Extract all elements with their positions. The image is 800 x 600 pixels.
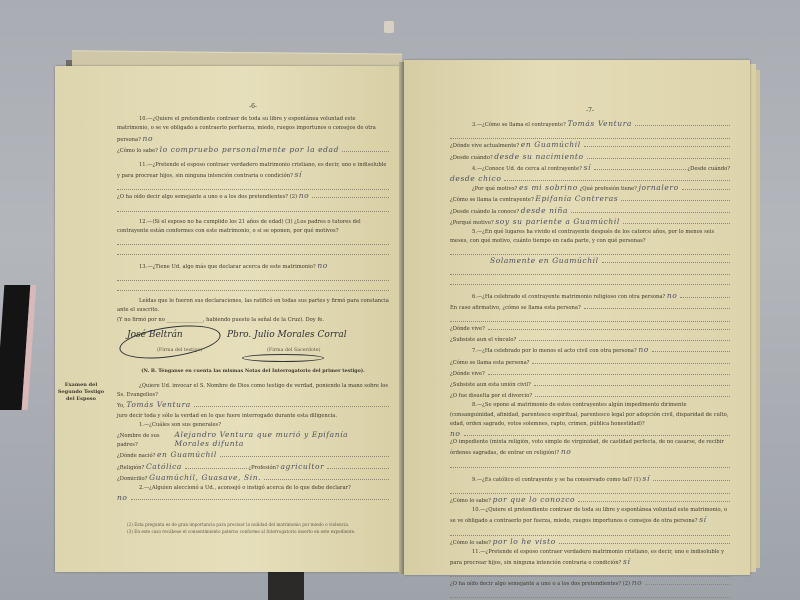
question-text: 6.—¿Ha celebrado el contrayente matrimon…	[472, 293, 665, 302]
question-text: 9.—¿Es católico el contrayente y se ha c…	[472, 476, 641, 485]
question-number: 10.	[139, 116, 147, 122]
answer-line	[450, 459, 730, 468]
handwritten-answer: no	[143, 134, 154, 143]
born-line: ¿Dónde nació? en Guamúchil	[117, 450, 389, 461]
handwritten-answer: Solamente en Guamúchil	[490, 256, 599, 265]
right-page-content: -7- 3.—¿Cómo se llama el contrayente? To…	[450, 106, 730, 599]
handwritten-answer: desde chico	[450, 174, 501, 183]
question-6: 6.—¿Ha celebrado el contrayente matrimon…	[450, 291, 730, 302]
binder-clip	[384, 21, 394, 33]
how-line: ¿Cómo lo sabe? por que lo conozco	[450, 495, 730, 506]
handwritten-answer: Guamúchil, Guasave, Sin.	[149, 473, 261, 482]
followup-label: ¿Cómo lo sabe?	[117, 147, 158, 156]
question-text: 11.—¿Pretende el esposo contraer verdade…	[450, 549, 724, 566]
answer-line	[450, 246, 730, 255]
handwritten-answer: es mi sobrino	[519, 183, 578, 192]
question-text: 2.—¿Alguien aleccionó a Ud., aconsejó o …	[139, 485, 351, 491]
knows-since-line: ¿Desde cuándo la conoce? desde niña	[450, 206, 730, 217]
field-line: ¿Cómo se llama esta persona?	[450, 357, 730, 368]
domicile-line: ¿Domicilio? Guamúchil, Guasave, Sin.	[117, 473, 389, 484]
handwritten-answer: desde niña	[521, 206, 568, 215]
handwritten-answer: sí	[623, 557, 630, 566]
answer-line	[117, 282, 389, 291]
field-label: En caso afirmativo, ¿cómo se llama esta …	[450, 304, 581, 313]
field-label: ¿Cómo lo sabe?	[450, 497, 491, 506]
question-text: ¿O impediente (mixta religión, voto simp…	[450, 439, 724, 456]
answer-line	[450, 589, 730, 598]
field-line: ¿Subsiste aun esta unión civil?	[450, 379, 730, 390]
field-label: ¿Dónde vive actualmente?	[450, 142, 519, 151]
handwritten-answer: sí	[584, 163, 591, 172]
page-number: -7-	[450, 106, 730, 115]
footnote: (3) En este caso recábese el consentimie…	[127, 529, 389, 536]
handwritten-answer: Epifanía Contreras	[535, 194, 618, 203]
field-label: ¿Cómo se llama esta persona?	[450, 359, 529, 368]
answer-line	[117, 246, 389, 255]
question-11: 11.—¿Pretende el esposo contraer verdade…	[117, 161, 389, 181]
question-9: 9.—¿Es católico el contrayente y se ha c…	[450, 474, 730, 485]
handwritten-answer: sí	[699, 515, 706, 524]
handwritten-answer: por lo he visto	[493, 537, 556, 546]
followup-label: ¿O ha oído decir algo semejante a uno o …	[117, 193, 297, 202]
handwritten-answer: desde su nacimiento	[494, 152, 583, 161]
question-2: 2.—¿Alguien aleccionó a Ud., aconsejó o …	[117, 484, 389, 493]
answer-line: no	[450, 429, 730, 438]
handwritten-answer: no	[667, 291, 678, 300]
answer-line	[450, 568, 730, 577]
field-line: ¿O fue disuelta por el divorcio?	[450, 390, 730, 401]
followup-line: ¿O ha oído decir algo semejante a uno o …	[117, 191, 389, 202]
handwritten-answer: no	[632, 578, 643, 587]
field-label: ¿Por qué motivo?	[472, 185, 517, 194]
heard-line: ¿O ha oído decir algo semejante a uno o …	[450, 578, 730, 589]
oath-question: ¿Quiere Ud. invocar el S. Nombre de Dios…	[117, 382, 389, 400]
field-label: ¿Porqué motivo?	[450, 219, 494, 228]
handwritten-answer: Alejandro Ventura que murió y Epifanía M…	[174, 430, 386, 448]
question-text: 4.—¿Conoce Ud. de cerca al contrayente?	[472, 165, 582, 174]
handwritten-answer: soy su pariente a Guamúchil	[495, 217, 620, 226]
handwritten-answer: no	[450, 429, 461, 438]
handwritten-answer: no	[638, 345, 649, 354]
closing-statement: Leídas que le fueron sus declaraciones, …	[117, 297, 389, 315]
question-1: 1.—¿Cuáles son sus generales?	[117, 421, 389, 430]
field-label: ¿Religión?	[117, 464, 144, 473]
field-label: ¿O ha oído decir algo semejante a uno o …	[450, 580, 630, 589]
signature-flourish	[117, 320, 222, 364]
question-text: ¿Quiere el pretendiente contraer de toda…	[117, 116, 376, 142]
field-line: En caso afirmativo, ¿cómo se llama esta …	[450, 302, 730, 313]
parents-line: ¿Nombre de sus padres? Alejandro Ventura…	[117, 430, 389, 450]
question-11: 11.—¿Pretende el esposo contraer verdade…	[450, 548, 730, 568]
question-13: 13.—¿Tiene Ud. algo más que declarar ace…	[117, 261, 389, 272]
yo-label: Yo,	[117, 402, 125, 411]
answer-line: no	[117, 493, 389, 502]
witness-signature: José Beltrán	[127, 331, 183, 340]
handwritten-answer: Católica	[146, 462, 182, 471]
followup-line: ¿Cómo lo sabe? lo compruebo personalment…	[117, 145, 389, 156]
answer-line	[117, 236, 389, 245]
field-line: ¿Subsiste aun el vínculo?	[450, 334, 730, 345]
answer-line	[450, 266, 730, 275]
field-label: ¿O fue disuelta por el divorcio?	[450, 392, 532, 401]
motive-line: ¿Por qué motivo? es mi sobrino ¿Qué prof…	[450, 183, 730, 194]
question-text: 10.—¿Quiere el pretendiente contraer de …	[450, 507, 727, 524]
page-edge	[750, 64, 756, 572]
question-12: 12.—(Si el esposo no ha cumplido los 21 …	[117, 218, 389, 236]
handwritten-answer: no	[561, 447, 572, 456]
signature-rubric	[242, 354, 324, 362]
religion-profession-line: ¿Religión? Católica ¿Profesión? agricult…	[117, 462, 389, 473]
footnotes: (2) Esta pregunta es de gran importancia…	[117, 522, 389, 535]
page-number: -6-	[117, 102, 389, 111]
answer-line	[450, 485, 730, 494]
handwritten-answer: sí	[295, 170, 302, 179]
field-label: ¿Desde cuándo?	[687, 165, 730, 174]
question-text: (Si el esposo no ha cumplido los 21 años…	[117, 219, 361, 234]
field-label: ¿Dónde vive?	[450, 370, 485, 379]
oath-tail: juro decir toda y sólo la verdad en lo q…	[117, 412, 389, 421]
field-label: ¿Cómo lo sabe?	[450, 539, 491, 548]
handwritten-answer: Tomás Ventura	[568, 119, 632, 128]
handwritten-answer: lo compruebo personalmente por la edad	[160, 145, 339, 154]
handwritten-answer: no	[117, 493, 128, 502]
question-number: 11.	[139, 162, 147, 168]
page-edge	[756, 70, 760, 568]
question-3: 3.—¿Cómo se llama el contrayente? Tomás …	[450, 119, 730, 130]
question-10: 10.—¿Quiere el pretendiente contraer de …	[450, 506, 730, 526]
field-label: ¿Qué profesión tiene?	[580, 185, 637, 194]
left-page-content: -6- 10.—¿Quiere el pretendiente contraer…	[117, 102, 389, 535]
answer-line	[450, 276, 730, 285]
witness-signature-label: (Firma del testigo)	[157, 346, 202, 355]
left-page: -6- 10.—¿Quiere el pretendiente contraer…	[55, 66, 400, 572]
second-witness-section: Examen del Segundo Testigo del Esposo ¿Q…	[117, 382, 389, 502]
why-line: ¿Porqué motivo? soy su pariente a Guamúc…	[450, 217, 730, 228]
handwritten-answer: Tomás Ventura	[126, 400, 190, 409]
right-page: -7- 3.—¿Cómo se llama el contrayente? To…	[404, 60, 750, 575]
priest-signature: Pbro. Julio Morales Corral	[227, 331, 347, 340]
spine-shadow	[268, 572, 304, 600]
dark-object-left	[0, 285, 30, 410]
handwritten-answer: no	[299, 191, 310, 200]
field-label: ¿Desde cuándo?	[450, 154, 493, 163]
question-text: ¿Pretende el esposo contraer verdadero m…	[117, 162, 386, 179]
answer-line	[117, 181, 389, 190]
field-label: ¿Subsiste aun el vínculo?	[450, 336, 516, 345]
question-text: 3.—¿Cómo se llama el contrayente?	[472, 121, 566, 130]
field-line: ¿Dónde vive?	[450, 323, 730, 334]
section-side-label: Examen del Segundo Testigo del Esposo	[55, 382, 107, 403]
since-line: ¿Desde cuándo? desde su nacimiento	[450, 152, 730, 163]
handwritten-answer: en Guamúchil	[157, 450, 217, 459]
field-label: ¿Dónde nació?	[117, 452, 155, 461]
photo-scene: -6- 10.—¿Quiere el pretendiente contraer…	[0, 0, 800, 600]
answer-line	[117, 272, 389, 281]
answer-line: Solamente en Guamúchil	[450, 256, 730, 265]
handwritten-answer: no	[317, 261, 328, 270]
since-answer-line: desde chico	[450, 174, 730, 183]
question-text: 7.—¿Ha celebrado por lo menos el acto ci…	[472, 347, 637, 356]
question-number: 12.	[139, 219, 147, 225]
answer-line	[450, 130, 730, 139]
answer-line	[450, 527, 730, 536]
bride-line: ¿Cómo se llama la contrayente? Epifanía …	[450, 194, 730, 205]
field-label: ¿Dónde vive?	[450, 325, 485, 334]
field-label: ¿Desde cuándo la conoce?	[450, 208, 519, 217]
handwritten-answer: sí	[643, 474, 650, 483]
field-label: ¿Subsiste aun esta unión civil?	[450, 381, 531, 390]
oath-name-line: Yo, Tomás Ventura	[117, 400, 389, 411]
answer-line	[117, 203, 389, 212]
how-line: ¿Cómo lo sabe? por lo he visto	[450, 537, 730, 548]
question-8: 8.—¿Se opone al matrimonio de estos cont…	[450, 401, 730, 429]
field-label: ¿Profesión?	[248, 464, 278, 473]
signature-block: José Beltrán Pbro. Julio Morales Corral …	[117, 329, 389, 365]
question-number: 13.	[139, 264, 147, 270]
impediment-question: ¿O impediente (mixta religión, voto simp…	[450, 438, 730, 458]
question-7: 7.—¿Ha celebrado por lo menos el acto ci…	[450, 345, 730, 356]
handwritten-answer: agricultor	[280, 462, 324, 471]
answer-line	[450, 313, 730, 322]
handwritten-answer: en Guamúchil	[521, 140, 581, 149]
question-10: 10.—¿Quiere el pretendiente contraer de …	[117, 115, 389, 145]
question-4: 4.—¿Conoce Ud. de cerca al contrayente? …	[450, 163, 730, 174]
handwritten-answer: jornalero	[639, 183, 679, 192]
question-5: 5.—¿En qué lugares ha vivido el contraye…	[450, 228, 730, 246]
question-text: ¿Tiene Ud. algo más que declarar acerca …	[152, 264, 315, 270]
lives-line: ¿Dónde vive actualmente? en Guamúchil	[450, 140, 730, 151]
field-label: ¿Cómo se llama la contrayente?	[450, 196, 534, 205]
field-label: ¿Domicilio?	[117, 475, 147, 484]
handwritten-answer: por que lo conozco	[493, 495, 576, 504]
closing-cross-note: (Y no firmó por no ______________, habie…	[117, 316, 389, 325]
field-line: ¿Dónde vive?	[450, 368, 730, 379]
field-label: ¿Nombre de sus padres?	[117, 432, 173, 450]
nb-note: (N. B. Ténganse en cuenta las mismas Not…	[117, 367, 389, 376]
